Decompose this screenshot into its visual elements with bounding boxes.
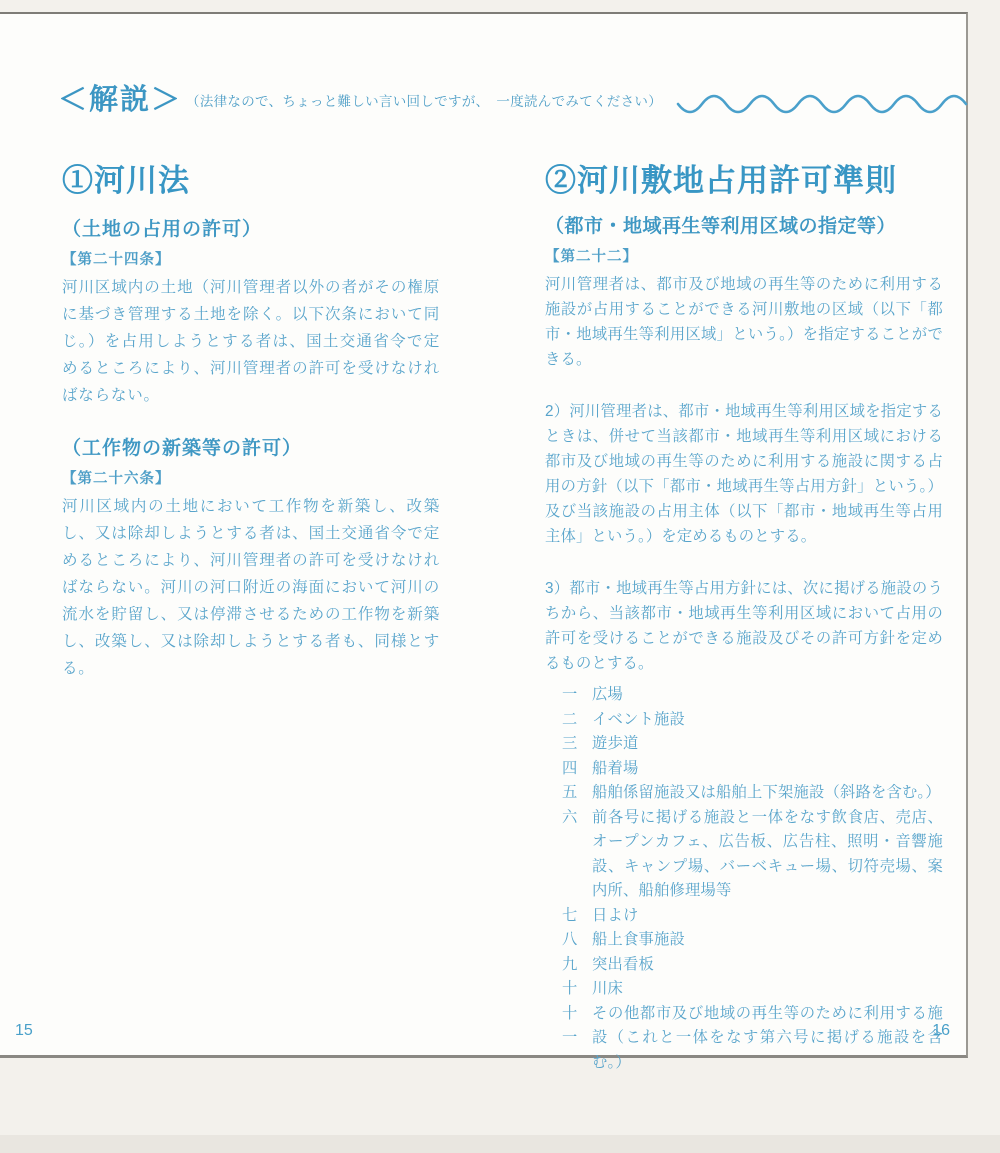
list-item: 二イベント施設	[545, 708, 943, 733]
scan-background: ＜解説＞ （法律なので、ちょっと難しい言い回しですが、 一度読んでみてください）…	[0, 0, 1000, 1153]
left-section1-article-label: 【第二十四条】	[62, 250, 440, 271]
list-item-text: 前各号に掲げる施設と一体をなす飲食店、売店、オープンカフェ、広告板、広告柱、照明…	[592, 806, 943, 904]
right-paragraph-2: 2）河川管理者は、都市・地域再生等利用区域を指定するときは、併せて当該都市・地域…	[545, 399, 943, 549]
right-column: ②河川敷地占用許可準則 （都市・地域再生等利用区域の指定等） 【第二十二】 河川…	[545, 160, 943, 1075]
page-number-left: 15	[15, 1022, 33, 1040]
list-item: 九突出看板	[545, 953, 943, 978]
left-column-title: ①河川法	[62, 160, 440, 202]
list-item-number: 九	[545, 953, 592, 978]
right-article-label: 【第二十二】	[545, 247, 943, 268]
list-item: 四船着場	[545, 757, 943, 782]
list-item-text: 日よけ	[592, 904, 943, 929]
list-item: 七日よけ	[545, 904, 943, 929]
list-item-number: 三	[545, 732, 592, 757]
list-item: 十一その他都市及び地域の再生等のために利用する施設（これと一体をなす第六号に掲げ…	[545, 1002, 943, 1076]
page-header: ＜解説＞ （法律なので、ちょっと難しい言い回しですが、 一度読んでみてください）	[58, 76, 662, 118]
header-title: ＜解説＞	[58, 77, 182, 118]
document-page: ＜解説＞ （法律なので、ちょっと難しい言い回しですが、 一度読んでみてください）…	[0, 12, 968, 1058]
right-column-subtitle: （都市・地域再生等利用区域の指定等）	[545, 214, 943, 240]
list-item-number: 四	[545, 757, 592, 782]
list-item-text: 船舶係留施設又は船舶上下架施設（斜路を含む。）	[592, 781, 943, 806]
page-number-right: 16	[932, 1022, 950, 1040]
list-item: 五船舶係留施設又は船舶上下架施設（斜路を含む。）	[545, 781, 943, 806]
list-item-text: 広場	[592, 683, 943, 708]
list-item-number: 八	[545, 928, 592, 953]
list-item: 十川床	[545, 977, 943, 1002]
list-item-number: 一	[545, 683, 592, 708]
list-item: 八船上食事施設	[545, 928, 943, 953]
left-section-article24: （土地の占用の許可） 【第二十四条】 河川区域内の土地（河川管理者以外の者がその…	[62, 217, 440, 409]
list-item: 六前各号に掲げる施設と一体をなす飲食店、売店、オープンカフェ、広告板、広告柱、照…	[545, 806, 943, 904]
list-item-text: 川床	[592, 977, 943, 1002]
list-item-text: 突出看板	[592, 953, 943, 978]
header-note: （法律なので、ちょっと難しい言い回しですが、 一度読んでみてください）	[186, 90, 662, 110]
list-item-text: 遊歩道	[592, 732, 943, 757]
list-item-number: 十	[545, 977, 592, 1002]
left-section2-article-label: 【第二十六条】	[62, 469, 440, 490]
right-paragraph-3: 3）都市・地域再生等占用方針には、次に掲げる施設のうちから、当該都市・地域再生等…	[545, 576, 943, 676]
list-item-number: 五	[545, 781, 592, 806]
wavy-line-decoration	[676, 91, 968, 117]
list-item-number: 二	[545, 708, 592, 733]
facility-list: 一広場 二イベント施設 三遊歩道 四船着場 五船舶係留施設又は船舶上下架施設（斜…	[545, 683, 943, 1075]
list-item-text: 船上食事施設	[592, 928, 943, 953]
left-section-article26: （工作物の新築等の許可） 【第二十六条】 河川区域内の土地において工作物を新築し…	[62, 436, 440, 682]
list-item-number: 七	[545, 904, 592, 929]
left-section1-body: 河川区域内の土地（河川管理者以外の者がその権原に基づき管理する土地を除く。以下次…	[62, 274, 440, 409]
list-item: 三遊歩道	[545, 732, 943, 757]
list-item-number: 十一	[545, 1002, 592, 1076]
list-item: 一広場	[545, 683, 943, 708]
list-item-number: 六	[545, 806, 592, 904]
left-section2-body: 河川区域内の土地において工作物を新築し、改築し、又は除却しようとする者は、国土交…	[62, 493, 440, 682]
left-section1-subtitle: （土地の占用の許可）	[62, 217, 440, 243]
left-section2-subtitle: （工作物の新築等の許可）	[62, 436, 440, 462]
right-column-title: ②河川敷地占用許可準則	[545, 160, 943, 202]
right-paragraph-1: 河川管理者は、都市及び地域の再生等のために利用する施設が占用することができる河川…	[545, 272, 943, 372]
list-item-text: 船着場	[592, 757, 943, 782]
list-item-text: イベント施設	[592, 708, 943, 733]
left-column: ①河川法 （土地の占用の許可） 【第二十四条】 河川区域内の土地（河川管理者以外…	[62, 160, 440, 682]
list-item-text: その他都市及び地域の再生等のために利用する施設（これと一体をなす第六号に掲げる施…	[592, 1002, 943, 1076]
